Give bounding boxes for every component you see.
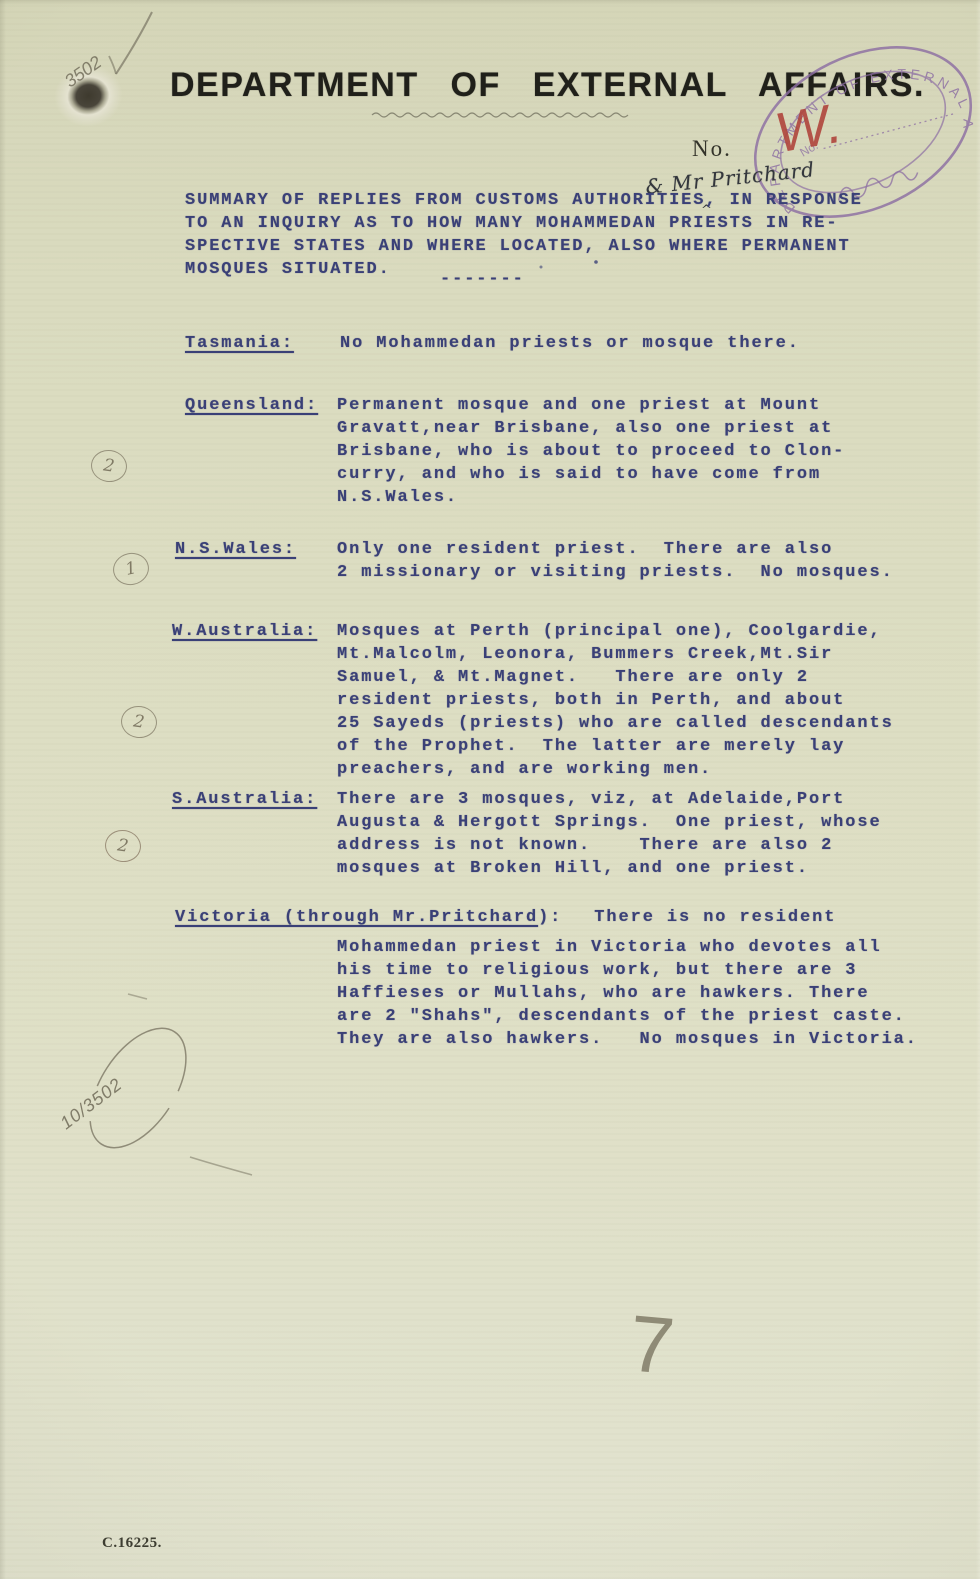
- pencil-misc-layer: 7: [0, 0, 980, 1579]
- ink-stray-dot: [540, 266, 543, 269]
- ink-stray-dot: [594, 260, 598, 264]
- pencil-page-number: 7: [626, 1298, 678, 1391]
- pencil-stray-stroke: [128, 994, 147, 999]
- document-page: DEPARTMENT OF EXTERNAL AFFAIRS. No. DEPA…: [0, 0, 980, 1579]
- pencil-stray-stroke: [190, 1157, 252, 1175]
- ref-number: C.16225.: [102, 1535, 162, 1552]
